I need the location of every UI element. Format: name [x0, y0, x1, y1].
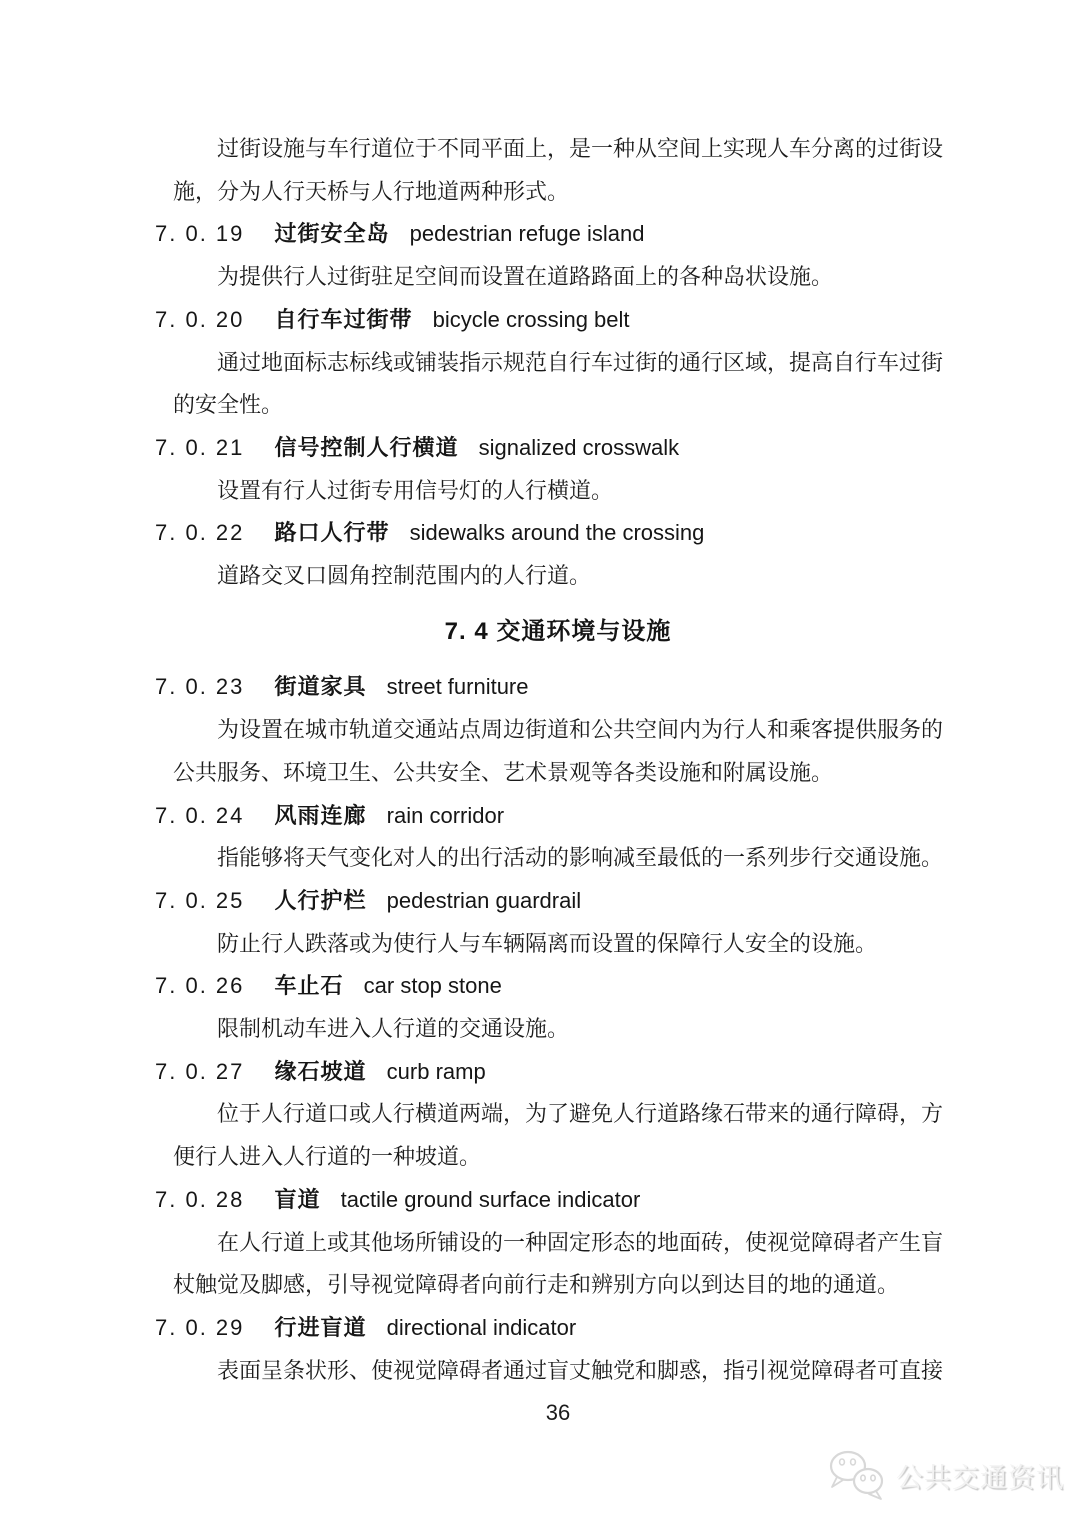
intro-paragraph: 过街设施与车行道位于不同平面上，是一种从空间上实现人车分离的过街设施，分为人行天…	[173, 128, 943, 213]
term-en-label: rain corridor	[387, 803, 504, 828]
watermark-text: 公共交通资讯	[896, 1456, 1064, 1495]
term-cn-label: 缘石坡道	[275, 1059, 367, 1084]
wechat-icon	[826, 1449, 888, 1501]
term-number: 7. 0. 21	[155, 435, 244, 460]
term-definition: 表面呈条状形、使视觉障碍者通过盲丈触党和脚惑，指引视觉障碍者可直接	[173, 1350, 943, 1393]
term-number: 7. 0. 26	[155, 973, 244, 998]
section-heading-7-4: 7. 4 交通环境与设施	[173, 611, 943, 654]
term-number: 7. 0. 28	[155, 1187, 244, 1212]
term-cn-label: 行进盲道	[275, 1315, 367, 1340]
term-number: 7. 0. 19	[155, 221, 244, 246]
term-definition: 为设置在城市轨道交通站点周边街道和公共空间内为行人和乘客提供服务的公共服务、环境…	[173, 709, 943, 794]
term-number: 7. 0. 29	[155, 1315, 244, 1340]
term-en-label: sidewalks around the crossing	[410, 520, 705, 545]
term-cn-label: 路口人行带	[275, 520, 390, 545]
term-heading-7-0-24: 7. 0. 24 风雨连廊 rain corridor	[155, 795, 943, 838]
page-number: 36	[173, 1392, 943, 1435]
term-en-label: bicycle crossing belt	[433, 307, 630, 332]
term-number: 7. 0. 24	[155, 803, 244, 828]
term-number: 7. 0. 23	[155, 674, 244, 699]
term-heading-7-0-28: 7. 0. 28 盲道 tactile ground surface indic…	[155, 1179, 943, 1222]
term-definition: 限制机动车进入人行道的交通设施。	[173, 1008, 943, 1051]
term-cn-label: 盲道	[275, 1187, 321, 1212]
term-cn-label: 人行护栏	[275, 888, 367, 913]
term-en-label: curb ramp	[387, 1059, 486, 1084]
term-heading-7-0-26: 7. 0. 26 车止石 car stop stone	[155, 965, 943, 1008]
term-number: 7. 0. 22	[155, 520, 244, 545]
term-cn-label: 车止石	[275, 973, 344, 998]
term-en-label: tactile ground surface indicator	[341, 1187, 641, 1212]
term-definition: 道路交叉口圆角控制范围内的人行道。	[173, 555, 943, 598]
term-definition: 在人行道上或其他场所铺设的一种固定形态的地面砖，使视觉障碍者产生盲杖触觉及脚感，…	[173, 1222, 943, 1307]
term-cn-label: 过街安全岛	[275, 221, 390, 246]
term-en-label: pedestrian refuge island	[410, 221, 645, 246]
term-definition: 指能够将天气变化对人的出行活动的影响减至最低的一系列步行交通设施。	[173, 837, 943, 880]
term-heading-7-0-25: 7. 0. 25 人行护栏 pedestrian guardrail	[155, 880, 943, 923]
term-cn-label: 自行车过街带	[275, 307, 413, 332]
watermark: 公共交通资讯	[826, 1449, 1064, 1501]
term-definition: 为提供行人过街驻足空间而设置在道路路面上的各种岛状设施。	[173, 256, 943, 299]
term-definition: 防止行人跌落或为使行人与车辆隔离而设置的保障行人安全的设施。	[173, 923, 943, 966]
term-heading-7-0-20: 7. 0. 20 自行车过街带 bicycle crossing belt	[155, 299, 943, 342]
term-heading-7-0-27: 7. 0. 27 缘石坡道 curb ramp	[155, 1051, 943, 1094]
term-heading-7-0-23: 7. 0. 23 街道家具 street furniture	[155, 666, 943, 709]
term-heading-7-0-22: 7. 0. 22 路口人行带 sidewalks around the cros…	[155, 512, 943, 555]
term-number: 7. 0. 20	[155, 307, 244, 332]
term-cn-label: 街道家具	[275, 674, 367, 699]
term-heading-7-0-29: 7. 0. 29 行进盲道 directional indicator	[155, 1307, 943, 1350]
term-cn-label: 信号控制人行横道	[275, 435, 459, 460]
term-cn-label: 风雨连廊	[275, 803, 367, 828]
term-en-label: pedestrian guardrail	[387, 888, 581, 913]
term-heading-7-0-19: 7. 0. 19 过街安全岛 pedestrian refuge island	[155, 213, 943, 256]
document-page: 过街设施与车行道位于不同平面上，是一种从空间上实现人车分离的过街设施，分为人行天…	[0, 0, 1080, 1527]
term-definition: 通过地面标志标线或铺装指示规范自行车过街的通行区域，提高自行车过街的安全性。	[173, 342, 943, 427]
term-number: 7. 0. 25	[155, 888, 244, 913]
term-heading-7-0-21: 7. 0. 21 信号控制人行横道 signalized crosswalk	[155, 427, 943, 470]
term-definition: 设置有行人过街专用信号灯的人行横道。	[173, 470, 943, 513]
term-en-label: directional indicator	[387, 1315, 577, 1340]
term-number: 7. 0. 27	[155, 1059, 244, 1084]
page-content: 过街设施与车行道位于不同平面上，是一种从空间上实现人车分离的过街设施，分为人行天…	[173, 128, 943, 1435]
term-en-label: street furniture	[387, 674, 529, 699]
term-en-label: signalized crosswalk	[479, 435, 680, 460]
term-definition: 位于人行道口或人行横道两端，为了避免人行道路缘石带来的通行障碍，方便行人进入人行…	[173, 1093, 943, 1178]
term-en-label: car stop stone	[364, 973, 502, 998]
